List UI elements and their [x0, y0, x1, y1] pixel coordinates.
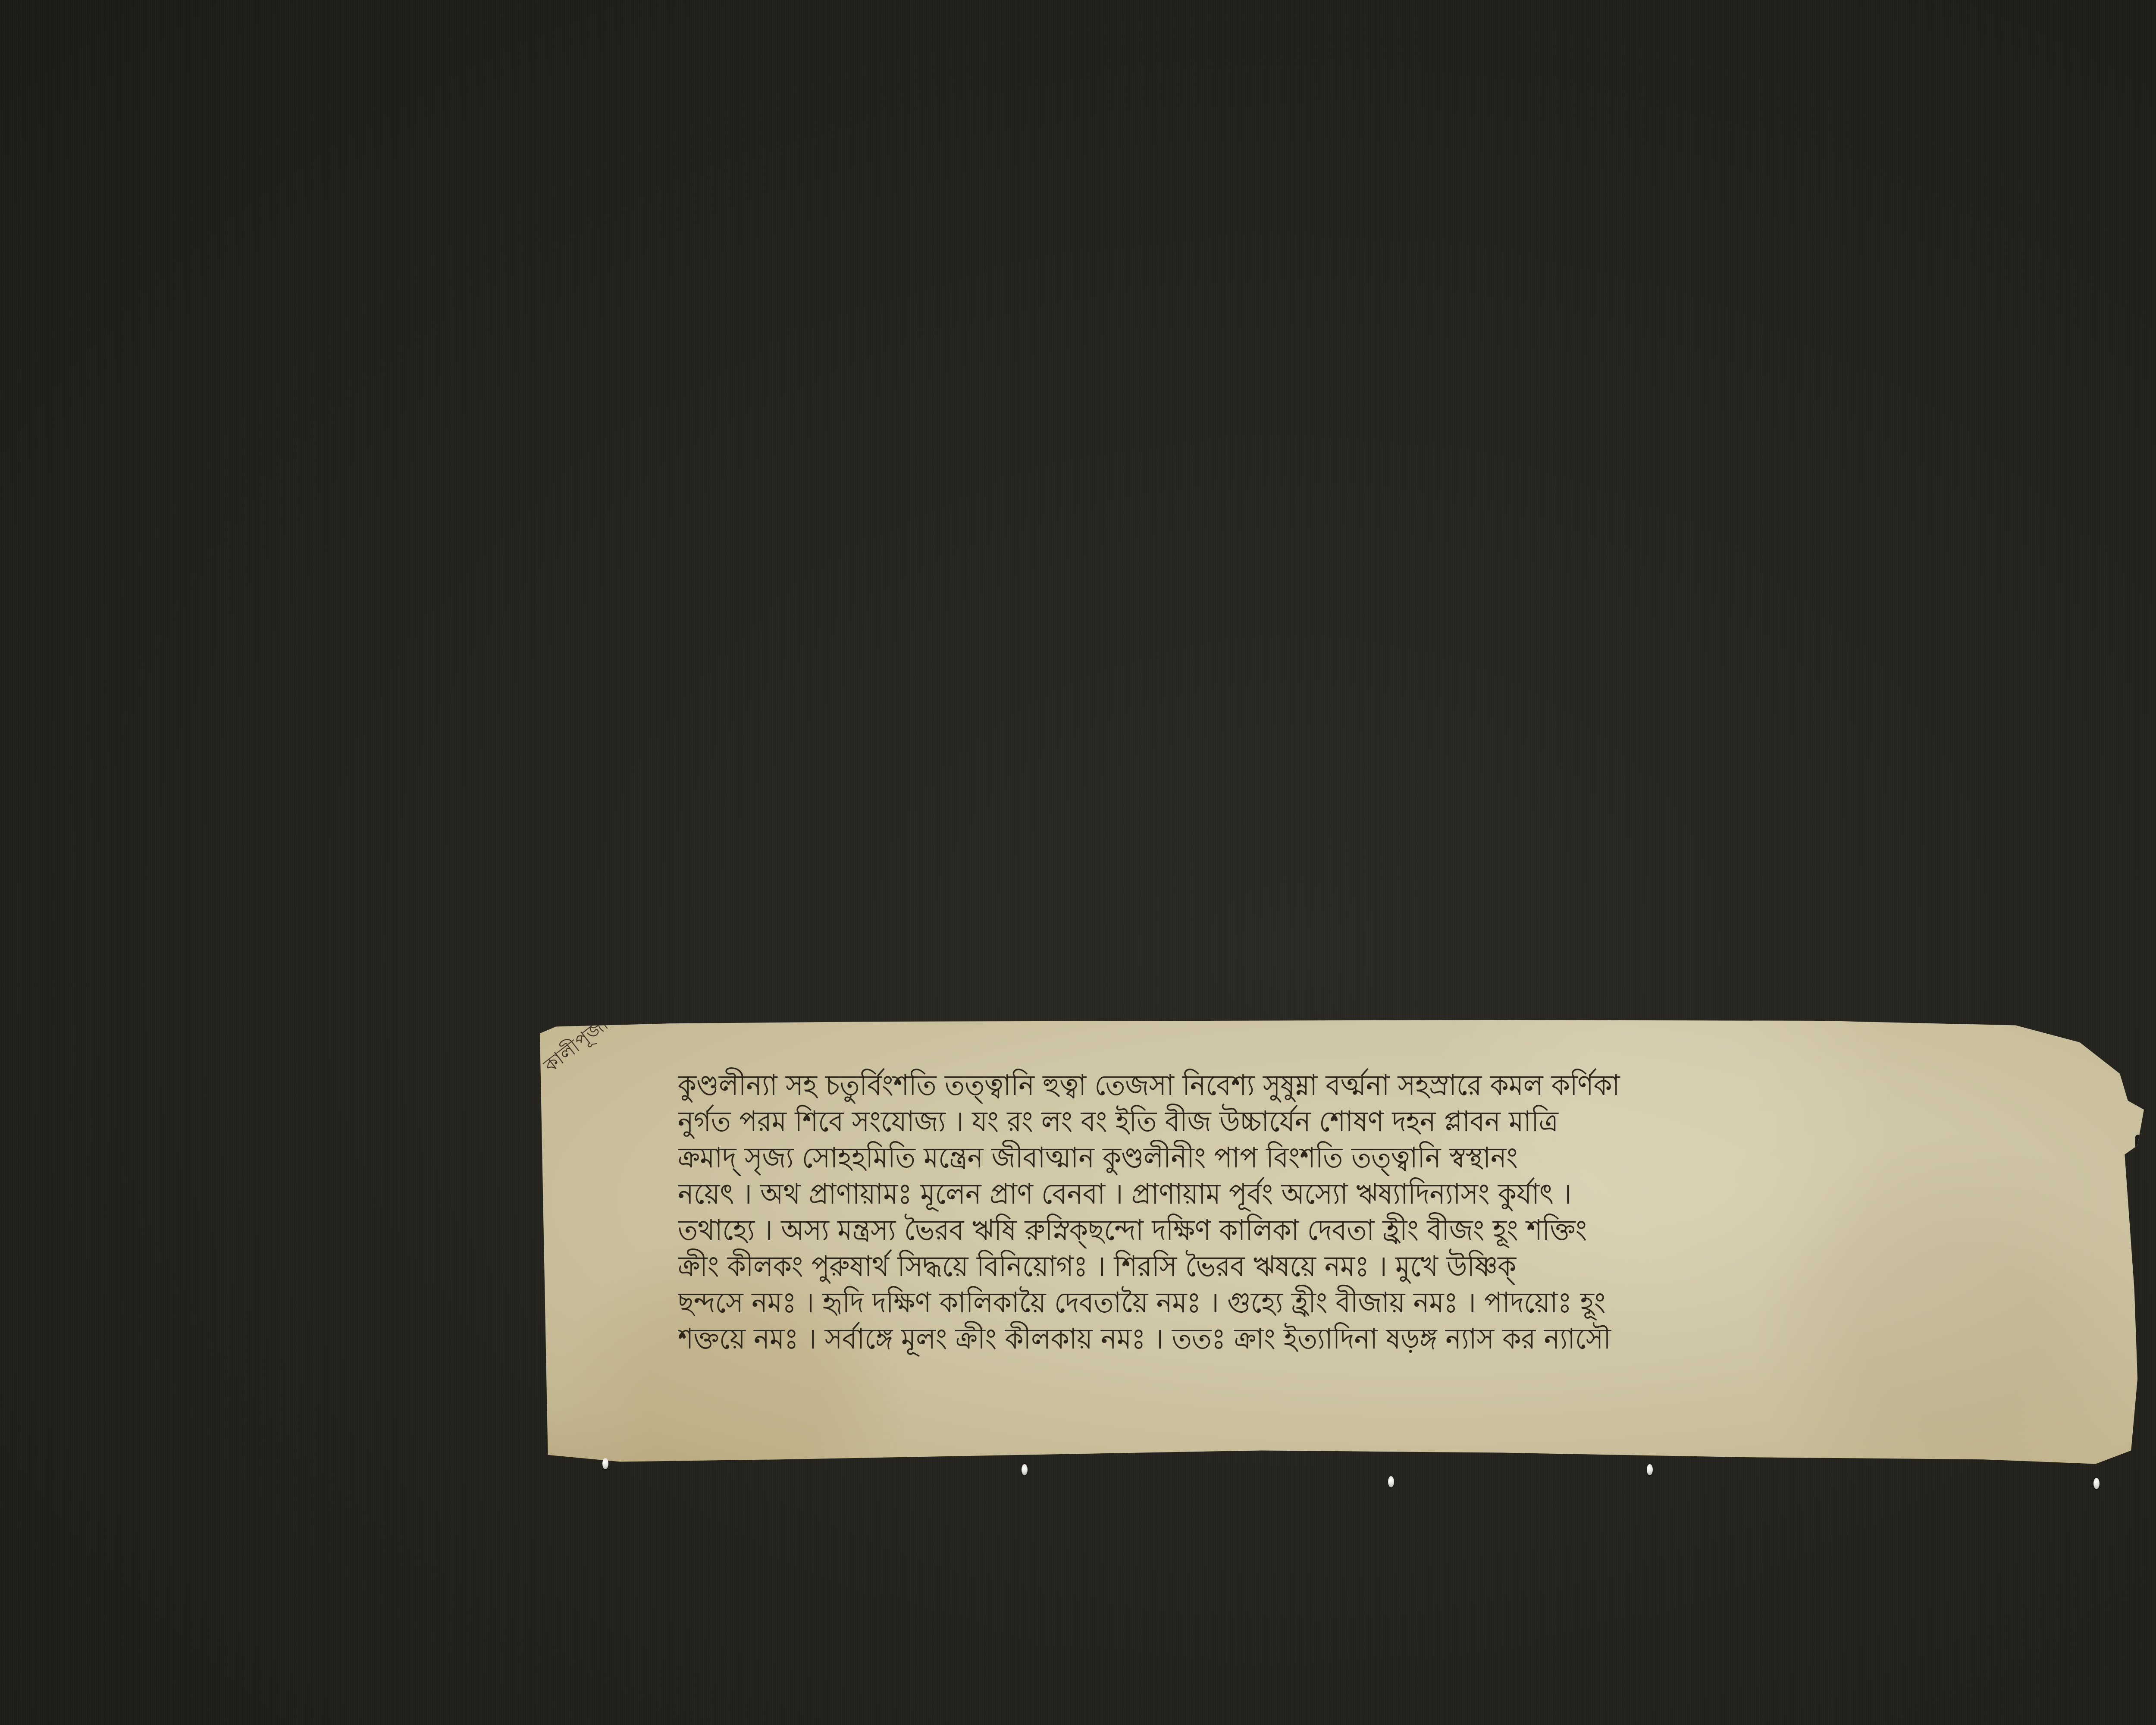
manuscript-line-7: ছন্দসে নমঃ । হৃদি দক্ষিণ কালিকায়ৈ দেবতা… — [678, 1285, 2013, 1321]
manuscript-line-5: তথাহ্যে । অস্য মন্ত্রস্য ভৈরব ঋষি রুস্নি… — [678, 1212, 2013, 1248]
mounting-pin-icon — [602, 1458, 608, 1469]
manuscript-line-8: শক্তয়ে নমঃ । সর্বাঙ্গে মূলং ক্রীং কীলকা… — [678, 1321, 2013, 1357]
manuscript-text-block: কুণ্ডলীন্যা সহ চতুর্বিংশতি তত্ত্বানি হুত… — [678, 1067, 2114, 1357]
mounting-pin-icon — [1022, 1464, 1028, 1475]
mounting-pin-icon — [1647, 1464, 1653, 1475]
board-texture — [0, 0, 2156, 1725]
manuscript-line-4: নয়েৎ । অথ প্রাণায়ামঃ মূলেন প্রাণ বেনবা… — [678, 1176, 2013, 1212]
black-mounting-board — [0, 0, 2156, 1725]
manuscript-line-2: নুর্গত পরম শিবে সংযোজ্য । যং রং লং বং ইত… — [678, 1104, 2013, 1140]
mounting-pin-icon — [2093, 1478, 2100, 1489]
manuscript-leaf: কালীপূজা কুণ্ডলীন্যা সহ চতুর্বিংশতি তত্ত… — [540, 1020, 2144, 1468]
manuscript-line-6: ক্রীং কীলকং পুরুষার্থ সিদ্ধয়ে বিনিয়োগঃ… — [678, 1248, 2013, 1285]
manuscript-line-1: কুণ্ডলীন্যা সহ চতুর্বিংশতি তত্ত্বানি হুত… — [678, 1067, 2013, 1104]
manuscript-line-3: ক্রমাদ্ সৃজ্য সোহহমিতি মন্ত্রেন জীবাত্মা… — [678, 1140, 2013, 1176]
mounting-pin-icon — [1388, 1476, 1394, 1487]
